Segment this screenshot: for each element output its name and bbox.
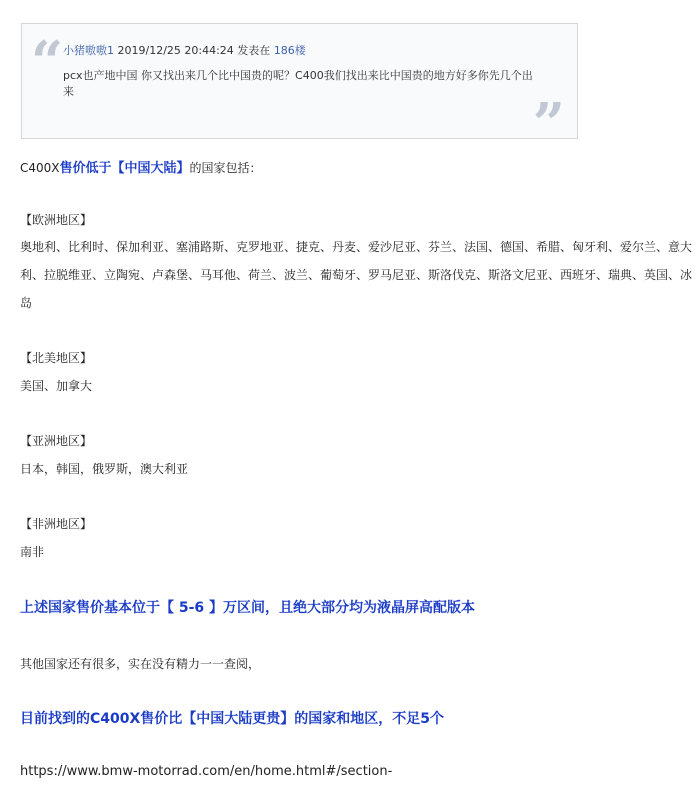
region-countries-europe: 奥地利、比利时、保加利亚、塞浦路斯、克罗地亚、捷克、丹麦、爱沙尼亚、芬兰、法国、… [20,233,695,317]
intro-suffix: 的国家包括： [190,161,262,175]
note-text: 其他国家还有很多，实在没有精力一一查阅， [20,655,260,672]
intro-highlight: 售价低于【中国大陆】 [60,161,190,176]
region-label-africa: 【非洲地区】 [20,515,92,532]
quote-text: pcx也产地中国 你又找出来几个比中国贵的呢？C400我们找出来比中国贵的地方好… [63,68,533,100]
region-countries-north-america: 美国、加拿大 [20,377,92,394]
quote-timestamp: 2019/12/25 20:44:24 [118,44,234,57]
close-quote-icon: ” [533,96,565,152]
quote-meta: 小猪嗷嗷1 2019/12/25 20:44:24 发表在 186楼 [63,42,306,58]
quote-block: “ 小猪嗷嗷1 2019/12/25 20:44:24 发表在 186楼 pcx… [21,23,578,139]
summary-higher-heading: 目前找到的C400X售价比【中国大陆更贵】的国家和地区，不足5个 [20,708,444,728]
quote-floor-link[interactable]: 186楼 [274,44,306,57]
region-label-asia: 【亚洲地区】 [20,432,92,449]
intro-line: C400X售价低于【中国大陆】的国家包括： [20,157,262,176]
intro-prefix: C400X [20,161,60,175]
open-quote-icon: “ [31,34,63,90]
summary-price-heading: 上述国家售价基本位于【 5-6 】万区间，且绝大部分均为液晶屏高配版本 [20,597,475,617]
region-countries-africa: 南非 [20,543,44,560]
region-countries-asia: 日本，韩国，俄罗斯，澳大利亚 [20,460,188,477]
region-label-north-america: 【北美地区】 [20,349,92,366]
source-url[interactable]: https://www.bmw-motorrad.com/en/home.htm… [20,764,392,779]
quote-user-link[interactable]: 小猪嗷嗷1 [63,44,114,57]
region-label-europe: 【欧洲地区】 [20,211,92,228]
quote-posted-in: 发表在 [237,44,270,57]
